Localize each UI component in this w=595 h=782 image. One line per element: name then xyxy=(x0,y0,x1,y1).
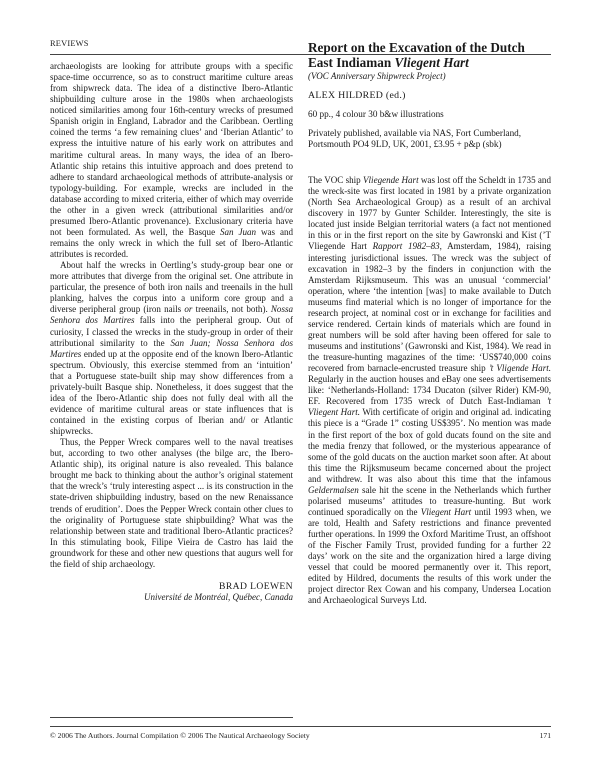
body-paragraph: The VOC ship Vliegende Hart was lost off… xyxy=(308,175,551,606)
body-paragraph: Thus, the Pepper Wreck compares well to … xyxy=(50,437,293,570)
text-run: Regularly in the auction houses and eBay… xyxy=(308,374,551,406)
review-end-rule xyxy=(50,717,293,718)
italic-text: San Juan xyxy=(220,227,256,237)
text-run: treenails, not both). xyxy=(192,304,270,314)
text-run: , Amsterdam, 1984), raising interesting … xyxy=(308,241,551,373)
text-run: With certificate of origin and original … xyxy=(308,407,551,483)
text-run: The VOC ship xyxy=(308,175,363,185)
italic-text: Rapport 1982–83 xyxy=(373,241,440,251)
italic-text: Geldermalsen xyxy=(308,485,359,495)
italic-text: Vliegende Hart xyxy=(363,175,419,185)
right-column-body: The VOC ship Vliegende Hart was lost off… xyxy=(308,175,551,606)
page-footer: © 2006 The Authors. Journal Compilation … xyxy=(50,731,551,740)
text-run: ended up at the opposite end of the know… xyxy=(50,349,293,436)
reviewer-name: BRAD LOEWEN xyxy=(50,581,293,592)
right-column: Report on the Excavation of the Dutch Ea… xyxy=(308,41,551,607)
reviewer-affiliation: Université de Montréal, Québec, Canada xyxy=(50,592,293,603)
book-pages-info: 60 pp., 4 colour 30 b&w illustrations xyxy=(308,109,551,120)
left-column-body: archaeologists are looking for attribute… xyxy=(50,61,293,570)
review-signature: BRAD LOEWEN Université de Montréal, Québ… xyxy=(50,581,293,603)
text-run: until 1993 when, we are told, Health and… xyxy=(308,507,551,606)
review-subtitle: (VOC Anniversary Shipwreck Project) xyxy=(308,71,551,82)
review-title-ship-name: Vliegent Hart xyxy=(394,55,468,70)
body-paragraph: About half the wrecks in Oertling’s stud… xyxy=(50,260,293,437)
book-publication-info: Privately published, available via NAS, … xyxy=(308,128,551,150)
body-paragraph: archaeologists are looking for attribute… xyxy=(50,61,293,260)
footer-rule xyxy=(50,726,551,727)
italic-text: ’t Vligende Hart. xyxy=(489,363,551,373)
left-column: archaeologists are looking for attribute… xyxy=(50,61,293,603)
book-author: ALEX HILDRED (ed.) xyxy=(308,90,551,101)
text-run: Thus, the Pepper Wreck compares well to … xyxy=(50,437,293,569)
page-number: 171 xyxy=(540,731,551,740)
running-head: REVIEWS xyxy=(50,39,89,48)
text-run: was lost off the Scheldt in 1735 and the… xyxy=(308,175,551,251)
italic-text: Vliegent Hart xyxy=(421,507,471,517)
text-run: archaeologists are looking for attribute… xyxy=(50,61,293,237)
review-title: Report on the Excavation of the Dutch Ea… xyxy=(308,41,551,70)
copyright-notice: © 2006 The Authors. Journal Compilation … xyxy=(50,731,310,740)
